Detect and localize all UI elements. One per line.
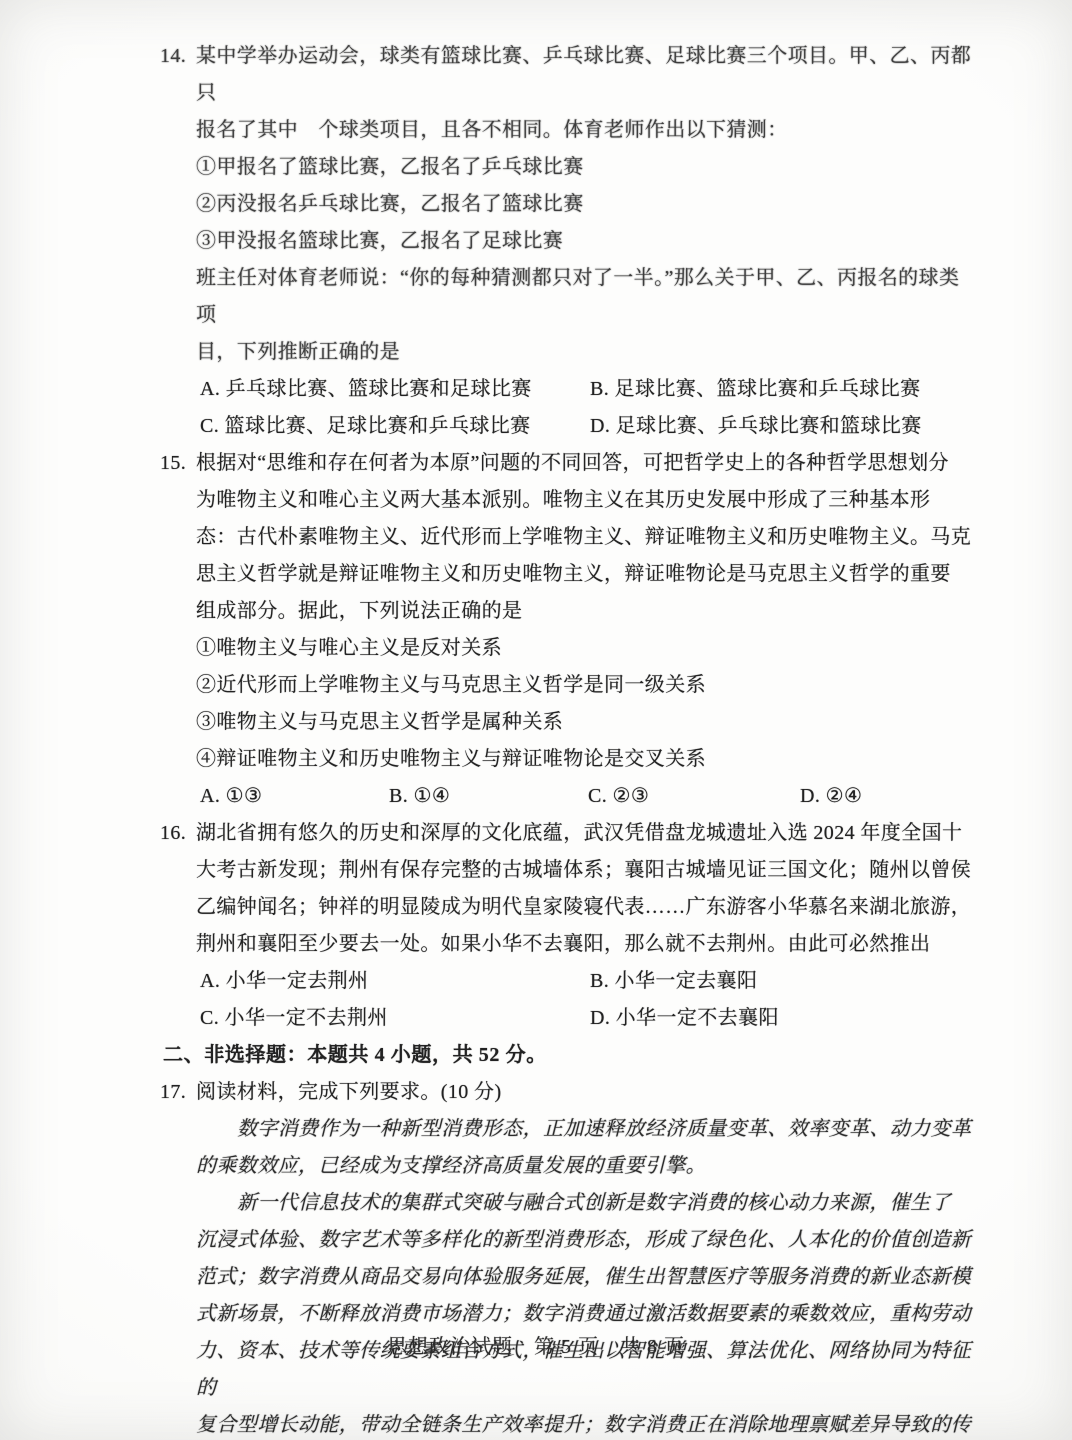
question-15-option-a: A. ①③ xyxy=(200,778,389,815)
question-17-heading: 阅读材料，完成下列要求。(10 分) xyxy=(196,1074,972,1111)
page-footer: 思想政治试题 第 5 页 共 8 页 xyxy=(0,1330,1072,1359)
scanned-exam-page: { "q14": { "num": "14.", "stem": [ "某中学举… xyxy=(0,0,1072,1440)
question-17-material: 数字消费作为一种新型消费形态，正加速释放经济质量变革、效率变革、动力变革 的乘数… xyxy=(160,1111,972,1440)
question-15: 15. 根据对“思维和存在何者为本原”问题的不同回答，可把哲学史上的各种哲学思想… xyxy=(160,445,972,815)
question-17: 17. 阅读材料，完成下列要求。(10 分) xyxy=(160,1074,972,1111)
question-14-option-c: C. 篮球比赛、足球比赛和乒乓球比赛 xyxy=(200,408,590,445)
question-14-number: 14. xyxy=(160,38,186,75)
section-2-header: 二、非选择题：本题共 4 小题，共 52 分。 xyxy=(163,1037,972,1074)
question-15-option-b: B. ①④ xyxy=(389,778,588,815)
question-16-option-a: A. 小华一定去荆州 xyxy=(200,963,590,1000)
question-16-options-row-2: C. 小华一定不去荆州 D. 小华一定不去襄阳 xyxy=(196,1000,972,1037)
question-15-stem: 根据对“思维和存在何者为本原”问题的不同回答，可把哲学史上的各种哲学思想划分 为… xyxy=(196,445,972,630)
question-14-followup: 班主任对体育老师说：“你的每种猜测都只对了一半。”那么关于甲、乙、丙报名的球类项… xyxy=(196,260,972,371)
question-15-options-row: A. ①③ B. ①④ C. ②③ D. ②④ xyxy=(196,778,972,815)
exam-content: 14. 某中学举办运动会，球类有篮球比赛、乒乓球比赛、足球比赛三个项目。甲、乙、… xyxy=(160,38,972,1440)
material-paragraph-1: 数字消费作为一种新型消费形态，正加速释放经济质量变革、效率变革、动力变革 的乘数… xyxy=(196,1111,972,1185)
question-14-option-b: B. 足球比赛、篮球比赛和乒乓球比赛 xyxy=(590,371,972,408)
question-17-number: 17. xyxy=(160,1074,186,1111)
question-14-options-row-1: A. 乒乓球比赛、篮球比赛和足球比赛 B. 足球比赛、篮球比赛和乒乓球比赛 xyxy=(196,371,972,408)
question-14: 14. 某中学举办运动会，球类有篮球比赛、乒乓球比赛、足球比赛三个项目。甲、乙、… xyxy=(160,38,972,445)
question-16-number: 16. xyxy=(160,815,186,852)
question-15-number: 15. xyxy=(160,445,186,482)
question-16-stem: 湖北省拥有悠久的历史和深厚的文化底蕴，武汉凭借盘龙城遗址入选 2024 年度全国… xyxy=(196,815,972,963)
question-14-options-row-2: C. 篮球比赛、足球比赛和乒乓球比赛 D. 足球比赛、乒乓球比赛和篮球比赛 xyxy=(196,408,972,445)
question-16: 16. 湖北省拥有悠久的历史和深厚的文化底蕴，武汉凭借盘龙城遗址入选 2024 … xyxy=(160,815,972,1037)
question-16-option-d: D. 小华一定不去襄阳 xyxy=(590,1000,972,1037)
question-15-option-d: D. ②④ xyxy=(800,778,972,815)
question-14-stem: 某中学举办运动会，球类有篮球比赛、乒乓球比赛、足球比赛三个项目。甲、乙、丙都只 … xyxy=(196,38,972,149)
question-16-options-row-1: A. 小华一定去荆州 B. 小华一定去襄阳 xyxy=(196,963,972,1000)
question-16-option-b: B. 小华一定去襄阳 xyxy=(590,963,972,1000)
question-16-option-c: C. 小华一定不去荆州 xyxy=(200,1000,590,1037)
question-14-option-d: D. 足球比赛、乒乓球比赛和篮球比赛 xyxy=(590,408,972,445)
question-14-guess-list: ①甲报名了篮球比赛，乙报名了乒乓球比赛 ②丙没报名乒乓球比赛，乙报名了篮球比赛 … xyxy=(196,149,972,260)
question-15-item-list: ①唯物主义与唯心主义是反对关系 ②近代形而上学唯物主义与马克思主义哲学是同一级关… xyxy=(196,630,972,778)
material-paragraph-2: 新一代信息技术的集群式突破与融合式创新是数字消费的核心动力来源，催生了 沉浸式体… xyxy=(196,1185,972,1440)
question-14-option-a: A. 乒乓球比赛、篮球比赛和足球比赛 xyxy=(200,371,590,408)
question-15-option-c: C. ②③ xyxy=(588,778,800,815)
